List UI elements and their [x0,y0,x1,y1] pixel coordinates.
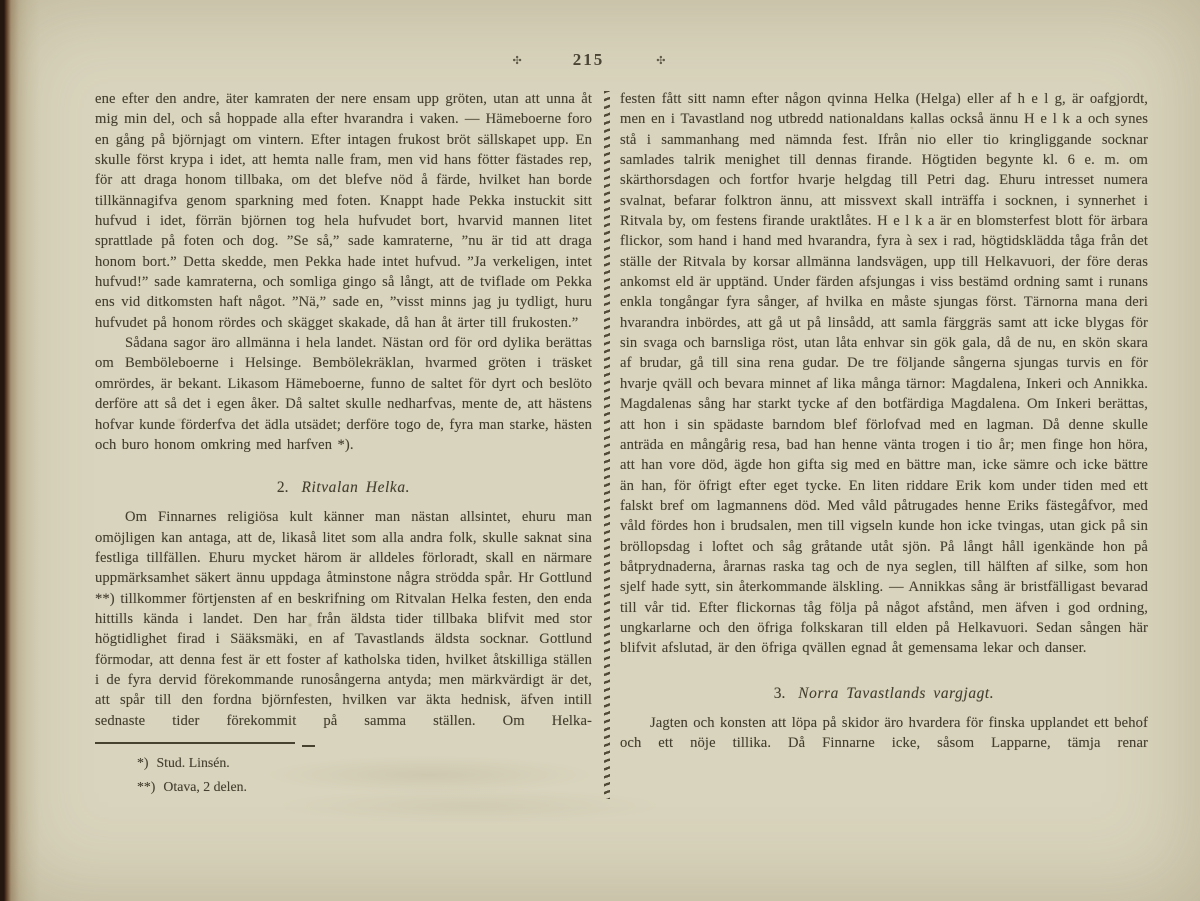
footnote-item: *)Stud. Linsén. [95,751,592,775]
footnote-marker: **) [137,779,155,794]
footnote-item: **)Otava, 2 delen. [95,775,592,799]
paragraph-bear-hunt: ene efter den andre, äter kamraten der n… [95,89,592,333]
fleuron-icon: ✣ [513,54,521,67]
section-title: Ritvalan Helka. [301,479,410,496]
text-columns: ene efter den andre, äter kamraten der n… [95,89,1150,799]
footnote-text: Stud. Linsén. [157,755,230,770]
section-heading-3: 3.Norra Tavastlands vargjagt. [620,685,1148,703]
paragraph-vargjagt: Jagten och konsten att löpa på skidor är… [620,713,1148,754]
footnote-marker: *) [137,755,149,770]
paragraph-sagor: Sådana sagor äro allmänna i hela landet.… [95,333,592,455]
book-page-scan: ✣ 215 ✣ ene efter den andre, äter kamrat… [0,0,1200,901]
section-number: 3. [774,685,786,702]
left-column: ene efter den andre, äter kamraten der n… [95,89,592,799]
paragraph-helka-fest: festen fått sitt namn efter någon qvinna… [620,89,1148,659]
footnote-rule-dash [302,745,315,747]
right-column: festen fått sitt namn efter någon qvinna… [620,89,1148,799]
page-content: ✣ 215 ✣ ene efter den andre, äter kamrat… [0,0,1200,799]
section-title: Norra Tavastlands vargjagt. [798,685,994,702]
page-number: 215 [573,50,605,70]
page-header: ✣ 215 ✣ [61,50,1116,70]
footnote-text: Otava, 2 delen. [163,779,247,794]
section-number: 2. [277,479,289,496]
fleuron-icon: ✣ [656,54,664,67]
footnotes: *)Stud. Linsén. **)Otava, 2 delen. [95,751,592,799]
section-heading-2: 2.Ritvalan Helka. [95,479,592,497]
footnote-rule [95,742,295,744]
column-divider-squiggle [604,91,610,799]
paragraph-helka: Om Finnarnes religiösa kult känner man n… [95,507,592,731]
